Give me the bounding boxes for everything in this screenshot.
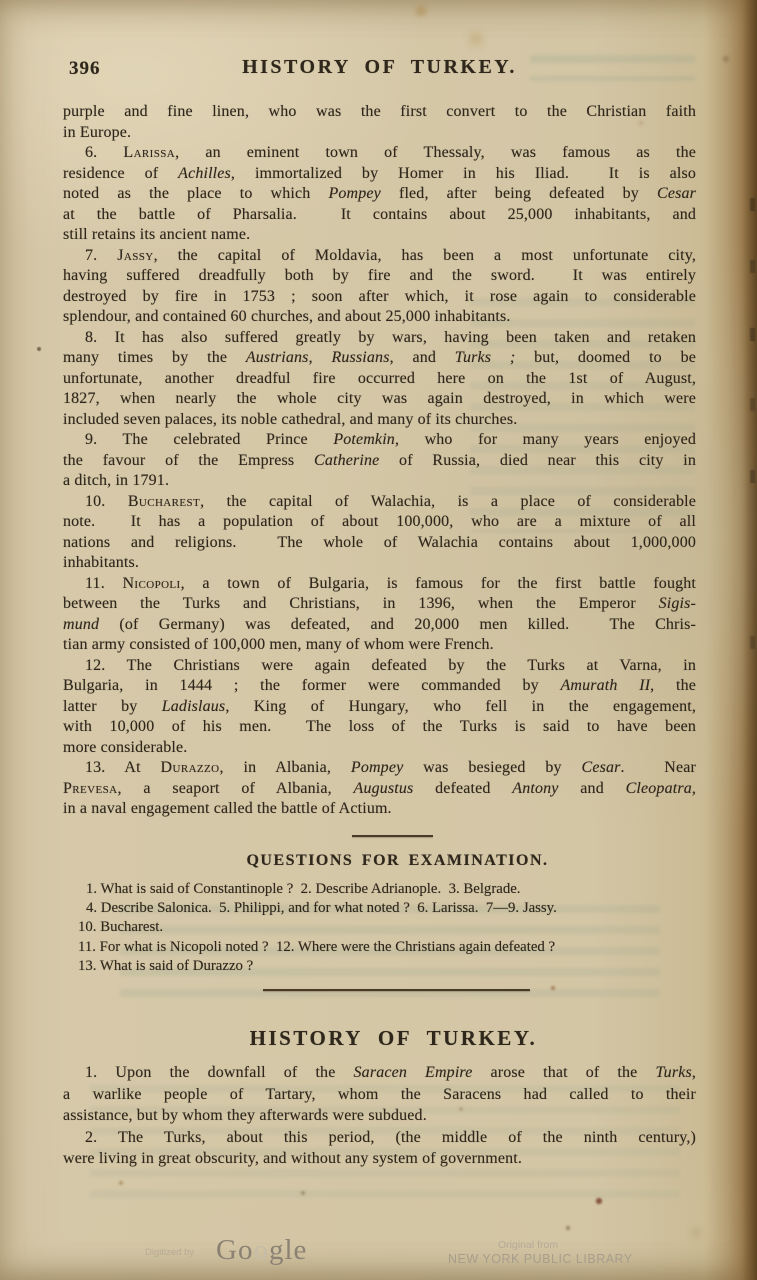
text-run: , — [692, 1064, 696, 1081]
italic-text: Sigis- — [659, 595, 696, 612]
text-run: 1827, when nearly the whole city was aga… — [63, 390, 696, 407]
text-run: 13. At — [85, 759, 161, 776]
original-from-watermark: Original from — [498, 1239, 558, 1251]
paragraph: 13. At Durazzo, in Albania, Pompey was b… — [63, 758, 696, 820]
text-run: 2. The Turks, about this period, (the mi… — [85, 1129, 696, 1146]
page-number: 396 — [69, 58, 101, 80]
text-line: assistance, but by whom they afterwards … — [63, 1105, 696, 1127]
italic-text: Austrians — [246, 349, 309, 366]
text-run: . Near — [620, 759, 696, 776]
text-run: a warlike people of Tartary, whom the Sa… — [63, 1086, 696, 1103]
divider-short — [352, 835, 433, 837]
text-run: (of Germany) was defeated, and 20,000 me… — [99, 616, 696, 633]
question-line: 4. Describe Salonica. 5. Philippi, and f… — [78, 899, 703, 918]
library-watermark: NEW YORK PUBLIC LIBRARY — [448, 1252, 633, 1266]
text-line: tian army consisted of 100,000 men, many… — [63, 635, 696, 656]
text-run: 7. — [85, 247, 117, 264]
italic-text: Cesar — [582, 759, 621, 776]
foxing-spots — [0, 0, 2, 2]
text-run: , the — [650, 677, 696, 694]
text-line: the favour of the Empress Catherine of R… — [63, 451, 696, 472]
italic-text: Catherine — [314, 452, 379, 469]
text-run: of Russia, died near this city in — [379, 452, 696, 469]
text-line: 10. Bucharest, the capital of Walachia, … — [63, 492, 696, 513]
text-run: nations and religions. The whole of Wala… — [63, 534, 696, 551]
italic-text: Saracen Empire — [354, 1064, 473, 1081]
italic-text: Russians — [331, 349, 389, 366]
text-line: latter by Ladislaus, King of Hungary, wh… — [63, 697, 696, 718]
text-run: , a seaport of Albania, — [117, 780, 353, 797]
divider-long — [263, 989, 530, 991]
google-watermark-part: o — [253, 1234, 269, 1266]
text-line: 11. Nicopoli, a town of Bulgaria, is fam… — [63, 574, 696, 595]
text-run: , King of Hungary, who fell in the engag… — [225, 698, 696, 715]
italic-text: Cleopatra — [626, 780, 692, 797]
body-text: purple and fine linen, who was the first… — [63, 102, 696, 820]
text-line: 8. It has also suffered greatly by wars,… — [63, 328, 696, 349]
italic-text: Potemkin — [333, 431, 395, 448]
text-line: were living in great obscurity, and with… — [63, 1148, 696, 1170]
text-run: having suffered dreadfully both by fire … — [63, 267, 696, 284]
text-line: splendour, and contained 60 churches, an… — [63, 307, 696, 328]
text-run: , the capital of Moldavia, has been a mo… — [154, 247, 696, 264]
text-line: included seven palaces, its noble cathed… — [63, 410, 696, 431]
text-line: mund (of Germany) was defeated, and 20,0… — [63, 615, 696, 636]
text-line: 13. At Durazzo, in Albania, Pompey was b… — [63, 758, 696, 779]
small-caps-text: Bucharest — [128, 493, 200, 510]
paragraph: 6. Larissa, an eminent town of Thessaly,… — [63, 143, 696, 246]
text-line: noted as the place to which Pompey fled,… — [63, 184, 696, 205]
paragraph: purple and fine linen, who was the first… — [63, 102, 696, 143]
italic-text: Pompey — [328, 185, 380, 202]
text-run: , in Albania, — [220, 759, 351, 776]
text-line: in Europe. — [63, 123, 696, 144]
text-run: , — [692, 780, 696, 797]
google-watermark-part: Go — [216, 1234, 253, 1266]
text-line: in a naval engagement called the battle … — [63, 799, 696, 820]
text-run: a ditch, in 1791. — [63, 472, 169, 489]
italic-text: Augustus — [354, 780, 414, 797]
text-line: Bulgaria, in 1444 ; the former were comm… — [63, 676, 696, 697]
text-run: , — [309, 349, 332, 366]
text-run: was besieged by — [403, 759, 581, 776]
text-run: defeated — [413, 780, 512, 797]
text-run: unfortunate, another dreadful fire occur… — [63, 370, 696, 387]
text-line: more considerable. — [63, 738, 696, 759]
small-caps-text: Durazzo — [161, 759, 220, 776]
text-run: the favour of the Empress — [63, 452, 314, 469]
text-line: 12. The Christians were again defeated b… — [63, 656, 696, 677]
paragraph: 8. It has also suffered greatly by wars,… — [63, 328, 696, 431]
text-line: residence of Achilles, immortalized by H… — [63, 164, 696, 185]
text-run: more considerable. — [63, 739, 187, 756]
text-run: many times by the — [63, 349, 246, 366]
question-line: 1. What is said of Constantinople ? 2. D… — [78, 880, 703, 899]
page-header: 396 HISTORY OF TURKEY. — [63, 56, 696, 82]
digitized-by-watermark: Digitized by — [145, 1247, 194, 1258]
text-run: between the Turks and Christians, in 139… — [63, 595, 659, 612]
text-run: 12. The Christians were again defeated b… — [85, 657, 696, 674]
italic-text: Ladislaus — [162, 698, 226, 715]
paragraph: 1. Upon the downfall of the Saracen Empi… — [63, 1062, 696, 1127]
text-line: nations and religions. The whole of Wala… — [63, 533, 696, 554]
text-line: 9. The celebrated Prince Potemkin, who f… — [63, 430, 696, 451]
text-run: 8. It has also suffered greatly by wars,… — [85, 329, 696, 346]
text-run: tian army consisted of 100,000 men, many… — [63, 636, 494, 653]
text-line: 6. Larissa, an eminent town of Thessaly,… — [63, 143, 696, 164]
text-run: note. It has a population of about 100,0… — [63, 513, 696, 530]
text-run: splendour, and contained 60 churches, an… — [63, 308, 511, 325]
question-line: 10. Bucharest. — [78, 918, 703, 937]
paragraph: 7. Jassy, the capital of Moldavia, has b… — [63, 246, 696, 328]
small-caps-text: Prevesa — [63, 780, 117, 797]
text-run: residence of — [63, 165, 178, 182]
text-run: 9. The celebrated Prince — [85, 431, 333, 448]
questions-list: 1. What is said of Constantinople ? 2. D… — [78, 880, 703, 976]
small-caps-text: Jassy — [117, 247, 153, 264]
questions-title: QUESTIONS FOR EXAMINATION. — [81, 852, 714, 870]
text-run: and — [559, 780, 626, 797]
text-run: 10. — [85, 493, 128, 510]
italic-text: Achilles — [178, 165, 231, 182]
text-line: a warlike people of Tartary, whom the Sa… — [63, 1084, 696, 1106]
text-run: at the battle of Pharsalia. It contains … — [63, 206, 696, 223]
paragraph: 10. Bucharest, the capital of Walachia, … — [63, 492, 696, 574]
text-line: many times by the Austrians, Russians, a… — [63, 348, 696, 369]
text-run: latter by — [63, 698, 162, 715]
text-line: purple and fine linen, who was the first… — [63, 102, 696, 123]
paragraph: 12. The Christians were again defeated b… — [63, 656, 696, 759]
text-run: purple and fine linen, who was the first… — [63, 103, 696, 120]
question-line: 11. For what is Nicopoli noted ? 12. Whe… — [78, 938, 703, 957]
google-watermark: Google — [216, 1234, 307, 1267]
text-line: 1827, when nearly the whole city was aga… — [63, 389, 696, 410]
text-line: Prevesa, a seaport of Albania, Augustus … — [63, 779, 696, 800]
small-caps-text: Nicopoli — [122, 575, 180, 592]
google-watermark-part: gle — [269, 1234, 307, 1266]
text-line: at the battle of Pharsalia. It contains … — [63, 205, 696, 226]
section-text: 1. Upon the downfall of the Saracen Empi… — [63, 1062, 696, 1170]
text-line: between the Turks and Christians, in 139… — [63, 594, 696, 615]
text-run: destroyed by fire in 1753 ; soon after w… — [63, 288, 696, 305]
small-caps-text: Larissa — [123, 144, 175, 161]
text-run: , an eminent town of Thessaly, was famou… — [175, 144, 696, 161]
text-run: with 10,000 of his men. The loss of the … — [63, 718, 696, 735]
italic-text: Pompey — [351, 759, 403, 776]
text-run: noted as the place to which — [63, 185, 328, 202]
text-line: with 10,000 of his men. The loss of the … — [63, 717, 696, 738]
text-line: still retains its ancient name. — [63, 225, 696, 246]
text-run: in Europe. — [63, 124, 131, 141]
italic-text: Turks ; — [455, 349, 516, 366]
text-line: 7. Jassy, the capital of Moldavia, has b… — [63, 246, 696, 267]
text-line: a ditch, in 1791. — [63, 471, 696, 492]
text-run: , who for many years enjoyed — [395, 431, 696, 448]
text-run: still retains its ancient name. — [63, 226, 250, 243]
text-line: having suffered dreadfully both by fire … — [63, 266, 696, 287]
text-line: inhabitants. — [63, 553, 696, 574]
paragraph: 2. The Turks, about this period, (the mi… — [63, 1127, 696, 1170]
paragraph: 9. The celebrated Prince Potemkin, who f… — [63, 430, 696, 492]
text-run: were living in great obscurity, and with… — [63, 1150, 522, 1167]
text-run: in a naval engagement called the battle … — [63, 800, 392, 817]
text-run: , the capital of Walachia, is a place of… — [200, 493, 696, 510]
text-run: included seven palaces, its noble cathed… — [63, 411, 517, 428]
italic-text: mund — [63, 616, 99, 633]
paragraph: 11. Nicopoli, a town of Bulgaria, is fam… — [63, 574, 696, 656]
text-run: 1. Upon the downfall of the — [85, 1064, 354, 1081]
running-header: HISTORY OF TURKEY. — [63, 56, 696, 79]
italic-text: Turks — [656, 1064, 692, 1081]
text-run: fled, after being defeated by — [381, 185, 657, 202]
text-line: 2. The Turks, about this period, (the mi… — [63, 1127, 696, 1149]
text-line: destroyed by fire in 1753 ; soon after w… — [63, 287, 696, 308]
text-run: arose that of the — [472, 1064, 655, 1081]
italic-text: Antony — [512, 780, 558, 797]
italic-text: Cesar — [657, 185, 696, 202]
text-run: Bulgaria, in 1444 ; the former were comm… — [63, 677, 560, 694]
text-run: , a town of Bulgaria, is famous for the … — [181, 575, 696, 592]
text-run: 6. — [85, 144, 123, 161]
text-run: assistance, but by whom they afterwards … — [63, 1107, 427, 1124]
text-line: unfortunate, another dreadful fire occur… — [63, 369, 696, 390]
book-page: 396 HISTORY OF TURKEY. purple and fine l… — [0, 0, 757, 1280]
section-title: HISTORY OF TURKEY. — [77, 1026, 710, 1051]
text-run: , and — [390, 349, 455, 366]
text-run: 11. — [85, 575, 122, 592]
text-line: note. It has a population of about 100,0… — [63, 512, 696, 533]
text-run: , immortalized by Homer in his Iliad. It… — [231, 165, 696, 182]
page-edge-shadow — [743, 0, 757, 1280]
text-line: 1. Upon the downfall of the Saracen Empi… — [63, 1062, 696, 1084]
question-line: 13. What is said of Durazzo ? — [78, 957, 703, 976]
italic-text: Amurath II — [560, 677, 650, 694]
text-run: but, doomed to be — [515, 349, 696, 366]
text-run: inhabitants. — [63, 554, 139, 571]
